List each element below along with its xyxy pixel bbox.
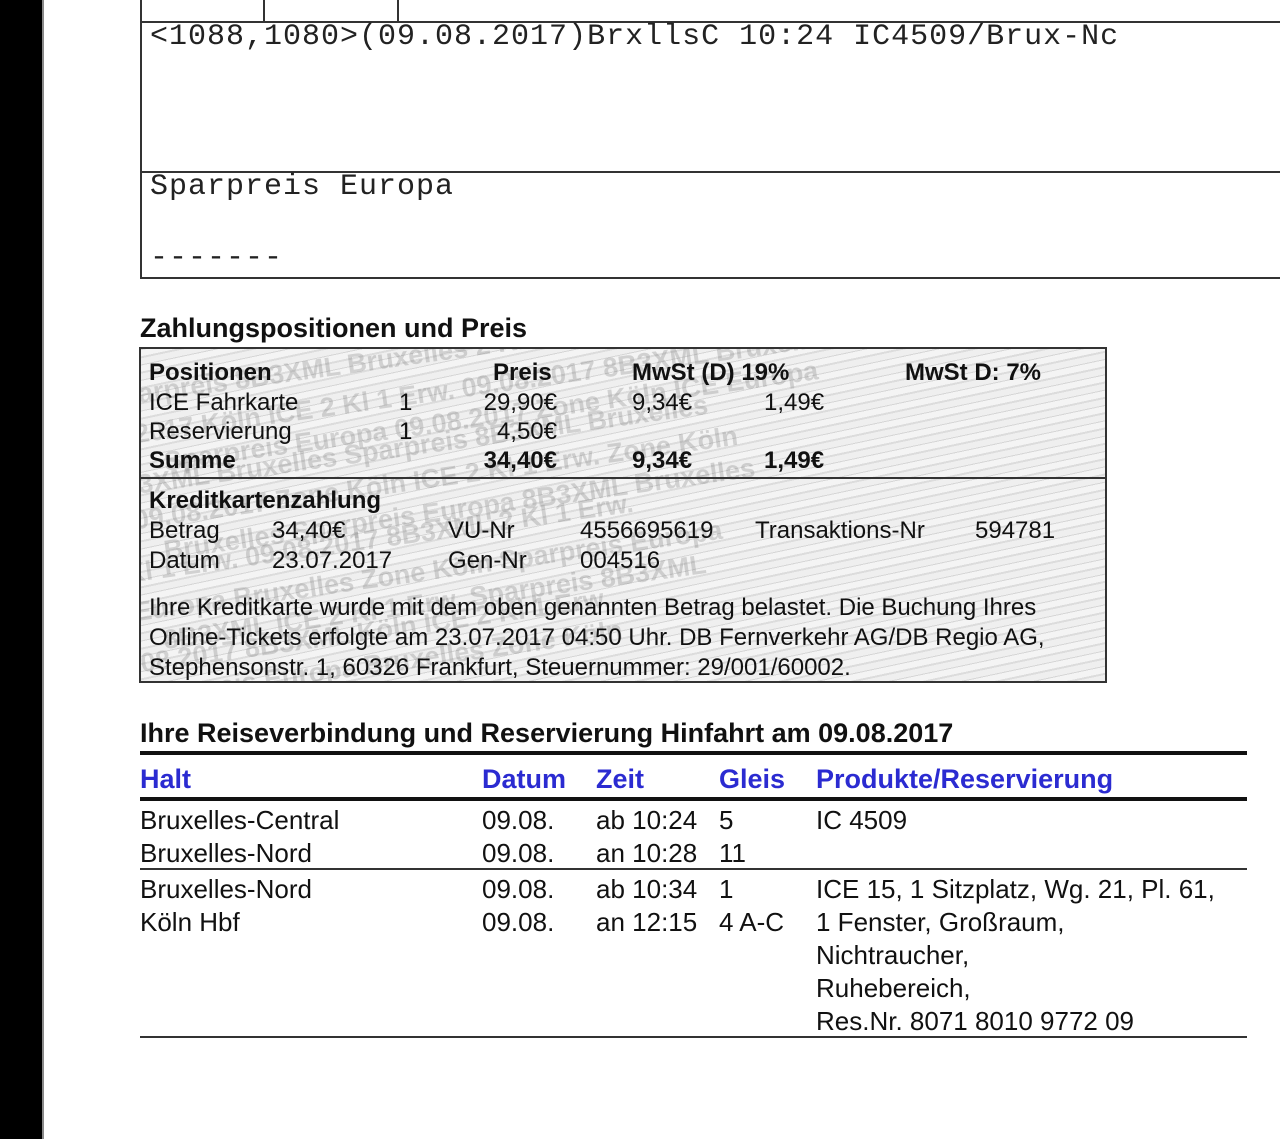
row-price: 34,40€	[461, 447, 557, 475]
viewer-left-margin	[0, 0, 42, 1139]
product-line: Nichtraucher,	[816, 940, 969, 971]
datum-label: Datum	[149, 547, 220, 575]
col-gleis: Gleis	[719, 764, 785, 795]
payment-notice-line: Online-Tickets erfolgte am 23.07.2017 04…	[149, 624, 1045, 652]
header-preis: Preis	[493, 359, 552, 387]
cell-divider	[397, 0, 399, 21]
credit-card-title: Kreditkartenzahlung	[149, 487, 381, 515]
product-line: ICE 15, 1 Sitzplatz, Wg. 21, Pl. 61,	[816, 874, 1215, 905]
transaktion-label: Transaktions-Nr	[755, 517, 925, 545]
stop-zeit: an 12:15	[596, 907, 697, 938]
header-mwst-19: MwSt (D) 19%	[632, 359, 789, 387]
transaktion-value: 594781	[975, 517, 1055, 545]
gen-value: 004516	[580, 547, 660, 575]
stop-datum: 09.08.	[482, 838, 554, 869]
tariff-name: Sparpreis Europa	[150, 170, 454, 204]
stop-zeit: ab 10:34	[596, 874, 697, 905]
stop-datum: 09.08.	[482, 907, 554, 938]
row-mwst7: 1,49€	[764, 389, 824, 417]
col-produkte: Produkte/Reservierung	[816, 764, 1113, 795]
stop-datum: 09.08.	[482, 805, 554, 836]
product-line: 1 Fenster, Großraum,	[816, 907, 1065, 938]
datum-value: 23.07.2017	[272, 547, 392, 575]
itinerary-rule-bottom	[140, 1036, 1247, 1038]
page-edge	[42, 0, 44, 1139]
row-label: Reservierung	[149, 418, 292, 446]
col-zeit: Zeit	[596, 764, 644, 795]
stop-zeit: ab 10:24	[596, 805, 697, 836]
row-label: Summe	[149, 447, 236, 475]
product-line: IC 4509	[816, 805, 907, 836]
product-line: Ruhebereich,	[816, 973, 971, 1004]
stop-gleis: 5	[719, 805, 733, 836]
header-mwst-7: MwSt D: 7%	[905, 359, 1041, 387]
stop-gleis: 11	[719, 838, 746, 869]
itinerary-rule-top	[140, 751, 1247, 755]
route-code-line: <1088,1080>(09.08.2017)BrxllsC 10:24 IC4…	[150, 20, 1119, 54]
stop-halt: Bruxelles-Nord	[140, 838, 312, 869]
stop-gleis: 4 A-C	[719, 907, 784, 938]
cell-divider	[263, 0, 265, 21]
stop-datum: 09.08.	[482, 874, 554, 905]
gen-label: Gen-Nr	[448, 547, 527, 575]
stop-zeit: an 10:28	[596, 838, 697, 869]
dash-separator: -------	[150, 241, 283, 275]
col-datum: Datum	[482, 764, 566, 795]
stop-halt: Bruxelles-Nord	[140, 874, 312, 905]
row-price: 4,50€	[461, 418, 557, 446]
payment-box: Sparpreis 8B3XML Bruxelles 2 Kl 1 Erw. S…	[139, 347, 1107, 683]
vu-value: 4556695619	[580, 517, 713, 545]
stop-halt: Köln Hbf	[140, 907, 240, 938]
row-mwst7: 1,49€	[764, 447, 824, 475]
stop-gleis: 1	[719, 874, 733, 905]
stop-halt: Bruxelles-Central	[140, 805, 339, 836]
betrag-label: Betrag	[149, 517, 220, 545]
product-line: Res.Nr. 8071 8010 9772 09	[816, 1006, 1134, 1037]
row-price: 29,90€	[461, 389, 557, 417]
col-halt: Halt	[140, 764, 191, 795]
ticket-info-box: <1088,1080>(09.08.2017)BrxllsC 10:24 IC4…	[140, 0, 1280, 279]
payment-notice-line: Stephensonstr. 1, 60326 Frankfurt, Steue…	[149, 654, 851, 682]
payment-notice-line: Ihre Kreditkarte wurde mit dem oben gena…	[149, 594, 1036, 622]
itinerary-title: Ihre Reiseverbindung und Reservierung Hi…	[140, 718, 953, 749]
payment-section-title: Zahlungspositionen und Preis	[140, 313, 527, 344]
row-qty: 1	[399, 418, 412, 446]
row-label: ICE Fahrkarte	[149, 389, 298, 417]
segment-rule	[140, 868, 1247, 870]
betrag-value: 34,40€	[272, 517, 345, 545]
row-qty: 1	[399, 389, 412, 417]
row-mwst19: 9,34€	[632, 389, 692, 417]
row-mwst19: 9,34€	[632, 447, 692, 475]
payment-divider	[141, 477, 1105, 479]
header-positionen: Positionen	[149, 359, 272, 387]
itinerary-header-rule	[140, 797, 1247, 801]
vu-label: VU-Nr	[448, 517, 515, 545]
